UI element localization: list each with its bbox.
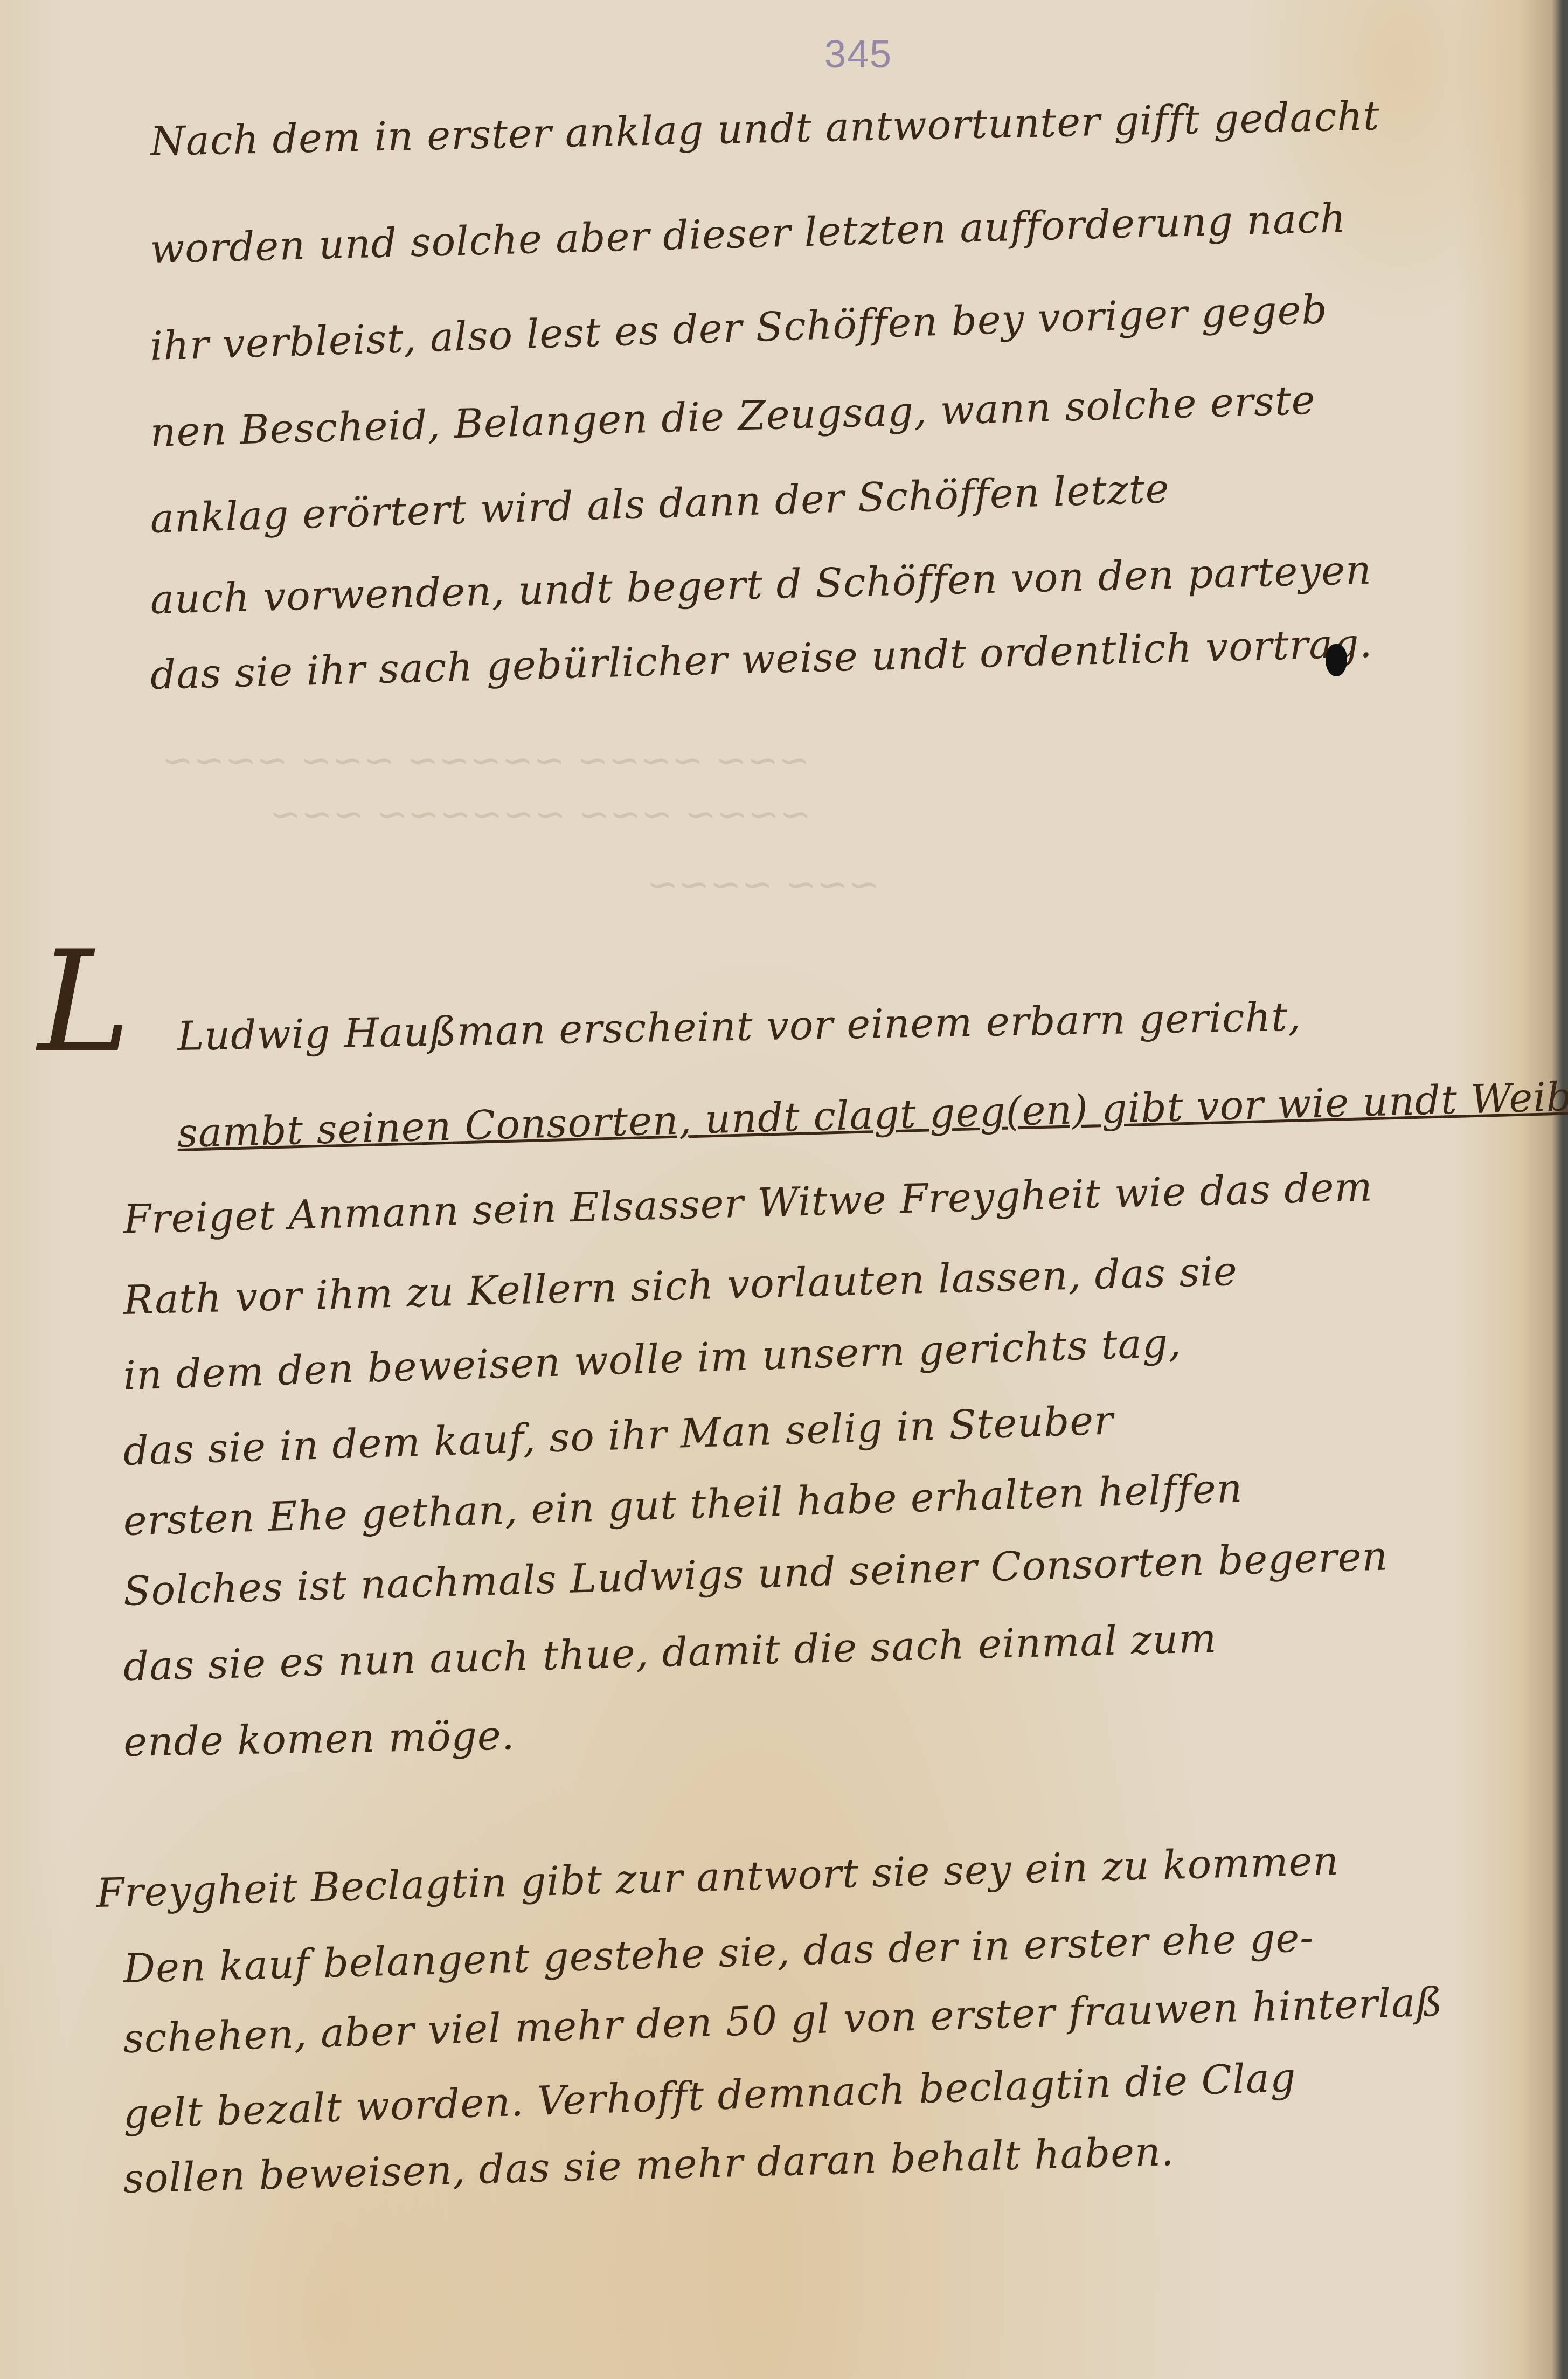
manuscript-page: 345 ~~~ ~~~~ ~~~~~ ~~~ ~~~~ ~~~~ ~~~ ~~~… <box>0 0 1568 2379</box>
manuscript-line: ihr verbleist, also lest es der Schöffen… <box>149 286 1328 370</box>
manuscript-line: Solches ist nachmals Ludwigs und seiner … <box>123 1533 1389 1615</box>
manuscript-line: Rath vor ihm zu Kellern sich vorlauten l… <box>123 1248 1238 1324</box>
bleed-through-text: ~~~~ ~~~ ~~~~~~ ~~~ <box>269 792 811 836</box>
manuscript-line: sollen beweisen, das sie mehr daran beha… <box>123 2128 1175 2202</box>
manuscript-line: das sie in dem kauf, so ihr Man selig in… <box>122 1397 1114 1475</box>
manuscript-line: anklag erörtert wird als dann der Schöff… <box>149 466 1170 542</box>
manuscript-line: das sie es nun auch thue, damit die sach… <box>123 1615 1218 1690</box>
manuscript-line: schehen, aber viel mehr den 50 gl von er… <box>123 1979 1444 2062</box>
manuscript-line: das sie ihr sach gebürlicher weise undt … <box>150 620 1373 699</box>
manuscript-line: worden und solche aber dieser letzten au… <box>150 195 1347 273</box>
manuscript-line: Freiget Anmann sein Elsasser Witwe Freyg… <box>123 1164 1373 1243</box>
manuscript-line: Den kauf belangent gestehe sie, das der … <box>123 1914 1315 1992</box>
manuscript-line: Nach dem in erster anklag undt antwortun… <box>150 93 1380 165</box>
manuscript-line: nen Bescheid, Belangen die Zeugsag, wann… <box>150 377 1316 456</box>
manuscript-line: gelt bezalt worden. Verhofft demnach bec… <box>122 2055 1296 2138</box>
manuscript-line: Ludwig Haußman erscheint vor einem erbar… <box>177 994 1301 1060</box>
manuscript-line: ende komen möge. <box>123 1712 515 1766</box>
manuscript-line: Freygheit Beclagtin gibt zur antwort sie… <box>96 1838 1340 1917</box>
folio-number: 345 <box>824 32 892 77</box>
manuscript-line: ersten Ehe gethan, ein gut theil habe er… <box>122 1465 1243 1545</box>
bleed-through-text: ~~~ ~~~~ ~~~~~ ~~~ ~~~~ <box>162 738 810 783</box>
manuscript-line: sambt seinen Consorten, undt clagt geg(e… <box>177 1073 1568 1157</box>
manuscript-line: in dem den beweisen wolle im unsern geri… <box>122 1319 1182 1399</box>
decorated-initial: L <box>38 932 131 1073</box>
bleed-through-text: ~~~ ~~~~ <box>647 862 880 907</box>
ink-blot <box>1326 644 1347 676</box>
manuscript-line: auch vorwenden, undt begert d Schöffen v… <box>150 547 1372 623</box>
